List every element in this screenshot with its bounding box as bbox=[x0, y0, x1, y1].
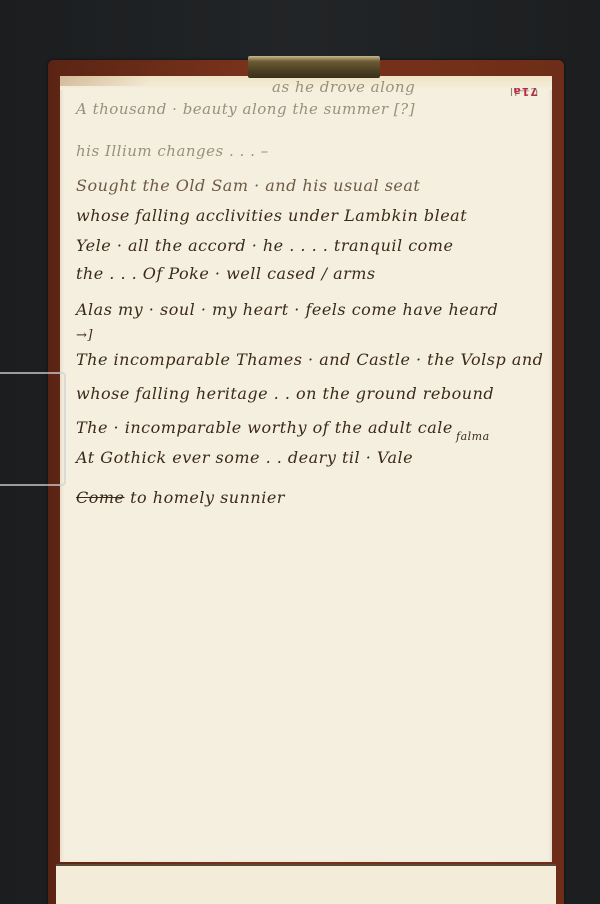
text-line-insertion: as he drove along bbox=[272, 78, 415, 96]
elastic-band bbox=[0, 372, 66, 486]
metal-clasp bbox=[248, 56, 380, 78]
text-line: →] bbox=[76, 328, 93, 343]
text-line: Alas my · soul · my heart · feels come h… bbox=[76, 300, 498, 319]
shelfmark-annotation: C—II 71a bbox=[524, 84, 544, 164]
notebook-page: as he drove along A thousand · beauty al… bbox=[60, 76, 552, 862]
text-line: whose falling acclivities under Lambkin … bbox=[76, 206, 467, 225]
text-line: whose falling heritage . . on the ground… bbox=[76, 384, 494, 403]
text-line: Yele · all the accord · he . . . . tranq… bbox=[76, 236, 453, 255]
text-remainder: to homely sunnier bbox=[130, 488, 285, 507]
text-line: the . . . Of Poke · well cased / arms bbox=[76, 264, 376, 283]
text-line: A thousand · beauty along the summer [?] bbox=[76, 100, 415, 118]
text-line: At Gothick ever some . . deary til · Val… bbox=[76, 448, 413, 467]
text-line-insertion: falma bbox=[456, 430, 490, 443]
struck-word: Come bbox=[76, 488, 125, 507]
text-line: Sought the Old Sam · and his usual seat bbox=[76, 176, 420, 195]
text-line: The incomparable Thames · and Castle · t… bbox=[76, 350, 543, 369]
folio-number: 71a bbox=[512, 85, 538, 98]
text-line: his Illium changes . . . – bbox=[76, 142, 269, 160]
text-line-final: Come to homely sunnier bbox=[76, 488, 285, 507]
handwritten-text: as he drove along A thousand · beauty al… bbox=[60, 76, 552, 862]
text-line: The · incomparable worthy of the adult c… bbox=[76, 418, 453, 437]
next-page-edge bbox=[56, 864, 556, 904]
